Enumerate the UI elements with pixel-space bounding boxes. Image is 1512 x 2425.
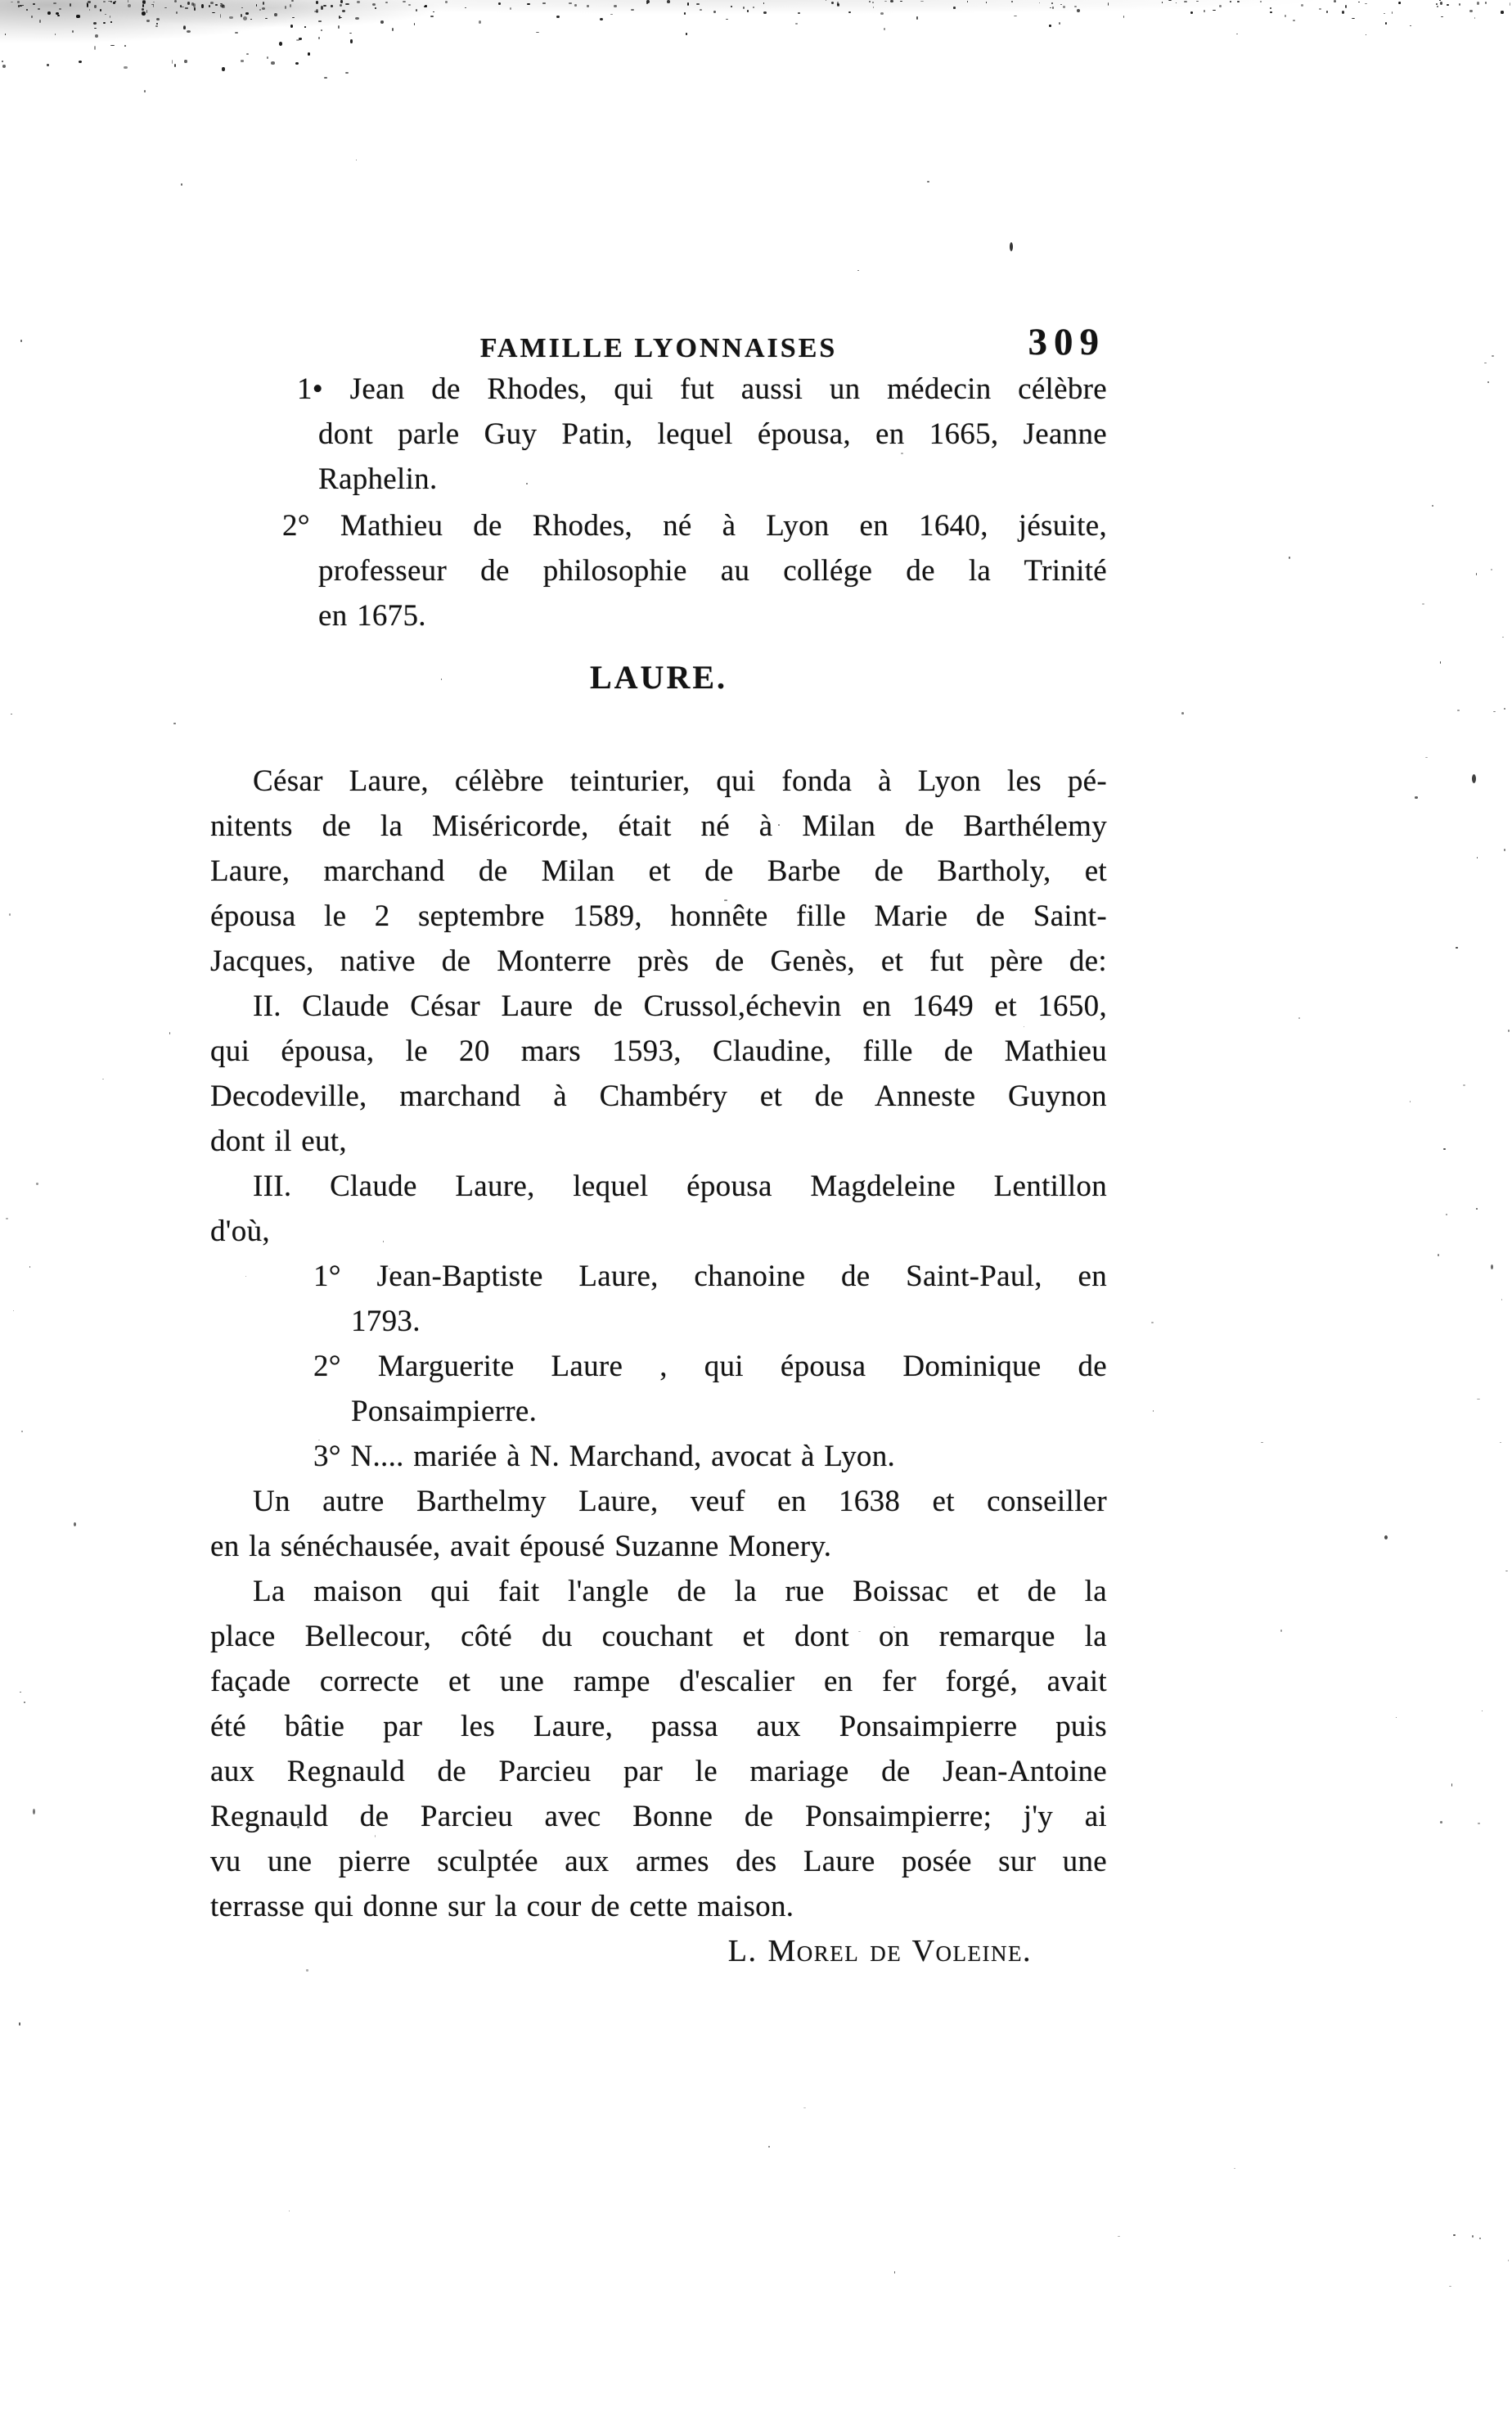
intro-item-1: 1• Jean de Rhodes, qui fut aussi un méde…: [210, 367, 1107, 502]
scan-speck: [115, 1, 116, 3]
scan-speck: [600, 18, 603, 20]
scan-speck: [103, 22, 106, 24]
scan-speck: [880, 12, 884, 15]
scan-speck: [1384, 1535, 1388, 1539]
scan-speck: [1151, 1322, 1154, 1323]
scan-speck: [803, 2107, 806, 2108]
scan-speck: [1477, 2, 1479, 4]
text-line: terrasse qui donne sur la cour de cette …: [210, 1884, 1107, 1929]
scan-speck: [408, 4, 411, 6]
scan-speck: [180, 5, 182, 7]
text-line: 1793.: [351, 1299, 1107, 1344]
scan-speck: [1074, 6, 1077, 7]
scan-speck: [243, 16, 247, 20]
scan-speck: [24, 1702, 25, 1703]
scan-speck: [1385, 22, 1387, 25]
scan-speck: [17, 1, 20, 3]
scan-speck: [1456, 947, 1458, 948]
scan-speck: [1472, 2235, 1474, 2238]
scan-speck: [1213, 10, 1216, 11]
scan-speck: [798, 12, 800, 14]
scan-speck: [110, 45, 115, 46]
scan-speck: [220, 14, 221, 18]
text-line: 3° N.... mariée à N. Marchand, avocat à …: [313, 1434, 1107, 1479]
scan-speck: [1500, 1442, 1501, 1443]
scan-speck: [837, 4, 840, 7]
scan-speck: [110, 21, 111, 23]
scan-speck: [873, 7, 874, 9]
scan-speck: [1366, 34, 1366, 35]
scan-speck: [291, 0, 294, 2]
scan-speck: [1219, 5, 1222, 7]
scan-speck: [884, 28, 885, 30]
scan-speck: [610, 14, 613, 16]
scan-speck: [1063, 6, 1065, 7]
scan-speck: [837, 2, 839, 4]
page-body-text: 1• Jean de Rhodes, qui fut aussi un méde…: [210, 367, 1107, 1974]
scan-speck: [646, 2, 647, 4]
scan-speck: [920, 1, 924, 2]
genealogy-paragraph-cesar-laure: César Laure, célèbre teinturier, qui fon…: [210, 759, 1107, 984]
scan-speck: [1457, 710, 1460, 710]
text-line: Regnauld de Parcieu avec Bonne de Ponsai…: [210, 1794, 1107, 1839]
scan-speck: [1410, 25, 1411, 26]
scan-speck: [292, 17, 294, 19]
text-line: III. Claude Laure, lequel épousa Magdele…: [210, 1164, 1107, 1209]
scan-speck: [1280, 1629, 1282, 1632]
scan-speck: [1176, 2, 1177, 4]
scan-speck: [20, 1692, 21, 1693]
scan-speck: [128, 0, 129, 2]
scan-speck: [1190, 11, 1193, 14]
scan-speck: [321, 29, 322, 31]
scan-speck: [1449, 2286, 1451, 2287]
scan-speck: [181, 183, 182, 186]
scan-speck: [1508, 1030, 1510, 1031]
scan-speck: [1476, 1208, 1478, 1210]
scan-speck: [1039, 2, 1040, 3]
scan-speck: [1451, 1783, 1452, 1787]
scan-speck: [894, 2271, 895, 2273]
scan-speck: [1439, 0, 1441, 1]
scan-speck: [241, 7, 244, 8]
scan-speck: [1052, 7, 1053, 9]
scan-speck: [1469, 10, 1473, 12]
scan-speck: [687, 2, 690, 5]
scan-speck: [1049, 25, 1051, 27]
scan-speck: [1260, 1, 1262, 2]
scan-speck: [57, 15, 59, 16]
scan-speck: [36, 1183, 38, 1184]
scan-speck: [1236, 34, 1238, 34]
scan-speck: [220, 3, 223, 5]
scan-speck: [872, 2, 874, 3]
scan-speck: [1153, 1410, 1154, 1412]
text-line: Ponsaimpierre.: [351, 1389, 1107, 1434]
text-line: Jacques, native de Monterre près de Genè…: [210, 939, 1107, 984]
scan-speck: [1352, 18, 1355, 19]
text-line: Raphelin.: [318, 457, 1107, 502]
scan-speck: [94, 28, 97, 29]
scan-speck: [1011, 1, 1013, 2]
scan-speck: [1487, 381, 1490, 383]
scan-speck: [285, 6, 286, 9]
scan-speck: [1261, 1442, 1263, 1444]
text-line: professeur de philosophie au collége de …: [318, 548, 1107, 593]
scan-speck: [174, 64, 176, 67]
scan-speck: [1123, 16, 1125, 19]
scan-speck: [1289, 557, 1290, 559]
scan-speck: [340, 4, 342, 7]
scan-speck: [1399, 2, 1401, 5]
scan-speck: [986, 2, 987, 3]
scan-speck: [340, 17, 342, 18]
scan-speck: [1293, 20, 1295, 21]
scan-speck: [183, 26, 186, 29]
scan-speck: [900, 1, 902, 2]
scan-speck: [6, 1218, 8, 1219]
scan-speck: [124, 45, 126, 47]
scan-speck: [1118, 2236, 1119, 2238]
scan-speck: [93, 22, 97, 25]
scan-speck: [1398, 2, 1401, 4]
scan-speck: [414, 23, 415, 25]
scan-speck: [1484, 363, 1487, 364]
scan-speck: [1441, 16, 1443, 17]
scan-speck: [1463, 1084, 1465, 1087]
scan-speck: [110, 16, 110, 18]
scan-speck: [1491, 1264, 1493, 1269]
author-signature: L. Morel de Voleine.: [210, 1929, 1107, 1974]
text-line: Un autre Barthelmy Laure, veuf en 1638 e…: [210, 1479, 1107, 1524]
scan-speck: [295, 62, 299, 65]
scan-speck: [967, 1, 968, 2]
text-line: aux Regnauld de Parcieu par le mariage d…: [210, 1749, 1107, 1794]
scan-speck: [87, 3, 88, 7]
text-line: d'où,: [210, 1209, 1107, 1254]
scan-speck: [11, 2, 13, 2]
scan-speck: [314, 11, 318, 12]
scan-speck: [338, 25, 339, 29]
scan-speck: [340, 0, 343, 2]
scan-speck: [884, 1, 888, 2]
scan-speck: [184, 60, 187, 64]
text-line: qui épousa, le 20 mars 1593, Claudine, f…: [210, 1029, 1107, 1074]
scan-speck: [316, 1, 318, 3]
scan-speck: [18, 5, 20, 7]
scan-speck: [1436, 3, 1438, 5]
text-line: en 1675.: [318, 593, 1107, 638]
scan-speck: [146, 20, 150, 21]
scan-speck: [1447, 4, 1449, 6]
page-content: FAMILLE LYONNAISES 309 1• Jean de Rhodes…: [210, 330, 1107, 1974]
scan-speck: [262, 7, 265, 10]
text-line: dont il eut,: [210, 1119, 1107, 1164]
page-number: 309: [1028, 322, 1106, 363]
scan-speck: [848, 11, 850, 13]
scan-speck: [279, 42, 282, 46]
scan-speck: [1474, 17, 1476, 19]
scan-speck: [1502, 637, 1505, 638]
genealogy-paragraph-II-claude-cesar: II. Claude César Laure de Crussol,échevi…: [210, 984, 1107, 1164]
scan-speck: [229, 16, 233, 18]
scan-speck: [102, 1079, 104, 1080]
scan-speck: [349, 33, 353, 34]
scan-speck: [194, 7, 196, 10]
scan-speck: [245, 12, 249, 14]
scan-speck: [201, 4, 204, 8]
scan-speck: [684, 12, 686, 15]
scan-speck: [385, 2, 388, 3]
scan-speck: [1501, 1299, 1502, 1300]
scan-speck: [142, 8, 144, 11]
scan-speck: [465, 7, 466, 8]
scan-speck: [763, 2, 764, 4]
scan-speck: [331, 5, 332, 7]
text-line: nitents de la Miséricorde, était né à Mi…: [210, 804, 1107, 849]
scan-speck: [53, 2, 56, 4]
scan-speck: [527, 3, 530, 5]
scan-speck: [1270, 7, 1271, 8]
scan-speck: [22, 5, 23, 6]
scan-speck: [1459, 3, 1460, 6]
scan-speck: [700, 9, 702, 11]
scan-speck: [235, 32, 238, 34]
scan-speck: [271, 61, 274, 65]
scan-speck: [215, 4, 218, 6]
scan-speck: [403, 1, 406, 2]
scan-speck: [713, 11, 716, 13]
scan-speck: [2, 65, 6, 67]
scan-speck: [339, 16, 340, 19]
scan-speck: [1508, 2260, 1509, 2261]
scan-speck: [173, 723, 176, 724]
scan-speck: [47, 11, 50, 15]
scan-speck: [614, 5, 617, 7]
scan-speck: [222, 5, 224, 9]
scan-speck: [1440, 2, 1442, 5]
closing-paragraph-maison: La maison qui fait l'angle de la rue Boi…: [210, 1569, 1107, 1929]
scan-speck: [1396, 1717, 1397, 1718]
scan-speck: [76, 15, 79, 17]
scan-speck: [146, 10, 148, 12]
scan-speck: [1453, 2234, 1456, 2236]
scan-speck: [1505, 1571, 1508, 1571]
scan-speck: [151, 4, 154, 5]
scan-speck: [696, 3, 700, 5]
scan-speck: [1270, 11, 1272, 13]
scan-speck: [156, 18, 160, 20]
scan-speck: [837, 3, 839, 6]
scan-speck: [1077, 9, 1080, 12]
scan-speck: [174, 0, 177, 2]
scan-speck: [316, 9, 318, 13]
scan-speck: [1345, 5, 1347, 8]
scan-speck: [1285, 15, 1285, 17]
scan-speck: [21, 1431, 23, 1432]
scan-speck: [153, 4, 154, 7]
child-entry-2-marguerite: 2° Marguerite Laure , qui épousa Dominiq…: [210, 1344, 1107, 1434]
scan-speck: [181, 7, 184, 7]
scan-speck: [55, 34, 56, 34]
scan-speck: [1237, 1, 1239, 3]
scan-speck: [187, 2, 190, 5]
scan-speck: [267, 56, 268, 59]
scan-speck: [191, 2, 194, 6]
scan-speck: [59, 8, 61, 10]
scan-speck: [1319, 8, 1321, 10]
scan-speck: [1358, 2, 1360, 3]
scan-speck: [1504, 849, 1505, 851]
scan-speck: [1410, 1101, 1411, 1102]
scan-speck: [1162, 2, 1163, 3]
scan-speck: [1478, 1823, 1480, 1823]
scan-speck: [356, 160, 357, 160]
scan-speck: [38, 8, 40, 11]
scan-speck: [33, 1809, 35, 1814]
scan-speck: [1010, 242, 1013, 251]
scan-speck: [318, 37, 320, 38]
scan-speck: [430, 16, 433, 17]
scan-speck: [183, 25, 187, 29]
scan-speck: [164, 7, 167, 8]
scan-speck: [753, 7, 754, 8]
scan-speck: [11, 714, 12, 715]
scan-speck: [70, 3, 71, 7]
scan-speck: [890, 0, 893, 2]
scan-speck: [105, 14, 106, 15]
scan-speck: [1230, 1, 1231, 2]
scan-speck: [79, 61, 82, 63]
scan-speck: [795, 23, 799, 25]
scan-speck: [375, 7, 376, 9]
scan-speck: [20, 340, 22, 342]
scan-speck: [1443, 1148, 1446, 1150]
scan-speck: [176, 11, 178, 14]
text-line: dont parle Guy Patin, lequel épousa, en …: [318, 412, 1107, 457]
scan-speck: [763, 11, 766, 14]
scan-speck: [13, 1310, 14, 1311]
scan-speck: [156, 23, 158, 25]
scan-speck: [831, 2, 834, 4]
scan-speck: [1432, 505, 1433, 507]
scan-speck: [569, 2, 572, 3]
scan-speck: [318, 20, 322, 21]
scan-speck: [1384, 13, 1385, 14]
scan-speck: [916, 16, 918, 19]
scan-speck: [768, 2146, 770, 2148]
text-line: César Laure, célèbre teinturier, qui fon…: [210, 759, 1107, 804]
scan-speck: [372, 3, 376, 6]
scan-speck: [29, 1266, 30, 1269]
scan-speck: [1108, 2, 1109, 6]
scan-speck: [1392, 11, 1393, 13]
scan-speck: [355, 17, 359, 20]
scan-speck: [33, 3, 35, 5]
scan-speck: [1438, 1254, 1439, 1256]
scan-speck: [1196, 1, 1199, 2]
scan-speck: [290, 25, 293, 27]
scan-speck: [1168, 0, 1172, 1]
scan-speck: [953, 7, 955, 9]
scan-speck: [308, 52, 311, 56]
scan-speck: [222, 67, 224, 70]
scan-speck: [1060, 4, 1063, 5]
scan-speck: [587, 5, 590, 7]
scan-speck: [1415, 796, 1417, 799]
scan-speck: [345, 72, 349, 74]
scan-speck: [1014, 16, 1016, 16]
scan-speck: [556, 16, 560, 18]
scan-speck: [1493, 711, 1496, 712]
scan-speck: [110, 1, 112, 2]
scan-speck: [1437, 6, 1438, 8]
scan-speck: [392, 28, 394, 31]
scanned-book-page: FAMILLE LYONNAISES 309 1• Jean de Rhodes…: [0, 0, 1512, 2425]
scan-speck: [72, 30, 74, 33]
scan-speck: [74, 1522, 76, 1526]
scan-speck: [1482, 1711, 1483, 1712]
scan-speck: [686, 33, 687, 35]
scan-speck: [1298, 1017, 1300, 1019]
scan-speck: [743, 7, 745, 10]
scan-speck: [124, 66, 128, 70]
scan-speck: [265, 18, 268, 20]
scan-speck: [88, 1, 91, 4]
scan-speck: [31, 16, 33, 18]
scan-speck: [1365, 3, 1367, 4]
scan-speck: [56, 12, 59, 15]
scan-speck: [290, 4, 292, 8]
scan-speck: [1181, 712, 1184, 714]
scan-speck: [94, 46, 96, 50]
scan-speck: [1492, 355, 1494, 357]
scan-speck: [142, 11, 146, 15]
scan-speck: [445, 1, 448, 4]
scan-speck: [498, 2, 501, 6]
text-line: 1• Jean de Rhodes, qui fut aussi un méde…: [297, 367, 1107, 412]
scan-speck: [256, 4, 257, 7]
scan-speck: [113, 2, 115, 5]
scan-speck: [1059, 22, 1060, 25]
scan-speck: [433, 11, 434, 12]
scan-speck: [425, 5, 427, 7]
scan-speck: [9, 913, 11, 916]
scan-speck: [172, 60, 173, 64]
intro-item-2: 2° Mathieu de Rhodes, né à Lyon en 1640,…: [210, 503, 1107, 638]
scan-speck: [142, 0, 146, 2]
scan-speck: [1440, 661, 1442, 664]
scan-speck: [1422, 603, 1424, 606]
text-line: vu une pierre sculptée aux armes des Lau…: [210, 1839, 1107, 1884]
scan-speck: [20, 5, 22, 7]
scan-speck: [26, 9, 28, 11]
scan-speck: [1446, 1214, 1447, 1215]
text-line: Laure, marchand de Milan et de Barbe de …: [210, 849, 1107, 894]
scan-speck: [646, 0, 650, 3]
scan-speck: [108, 1, 110, 2]
genealogy-paragraph-III-claude: III. Claude Laure, lequel épousa Magdele…: [210, 1164, 1107, 1254]
scan-speck: [1477, 1399, 1480, 1400]
scan-speck: [1342, 11, 1344, 14]
scan-speck: [241, 14, 242, 17]
scan-speck: [1477, 857, 1478, 858]
scan-speck: [1334, 0, 1336, 2]
scan-speck: [510, 7, 511, 10]
scan-speck: [1491, 569, 1492, 570]
scan-speck: [731, 6, 732, 7]
scan-speck: [416, 9, 417, 11]
